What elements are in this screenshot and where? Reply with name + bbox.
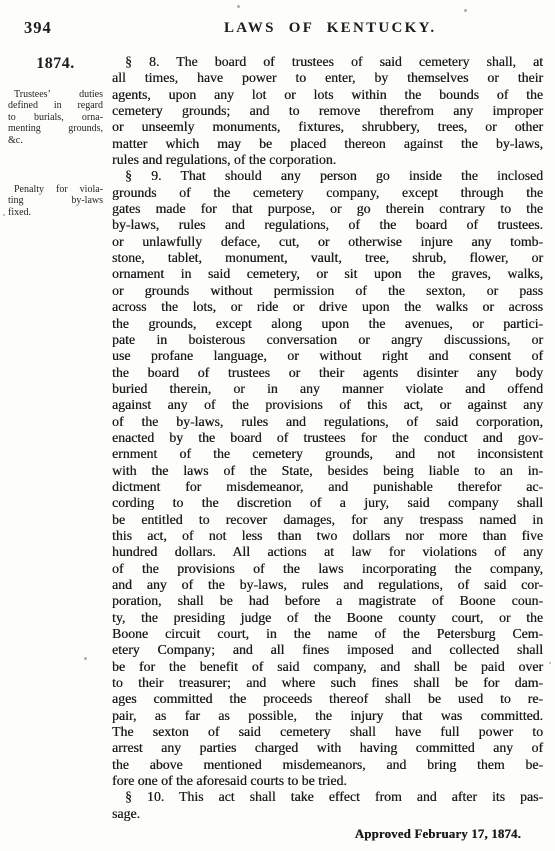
text-line: etery Company; and all fines imposed and… — [112, 642, 543, 658]
text-line: § 8. The board of trustees of said cemet… — [112, 54, 543, 70]
text-line: be entitled to recover damages, for any … — [112, 512, 543, 528]
scan-speck — [464, 9, 467, 12]
text-line: the above mentioned misdemeanors, and br… — [112, 757, 543, 773]
text-line: and any of the by-laws, rules and regula… — [112, 577, 543, 593]
text-line: buried therein, or in any manner violate… — [112, 381, 543, 397]
text-line: pair, as far as possible, the injury tha… — [112, 708, 543, 724]
margin-year-label: 1874. — [8, 55, 103, 73]
page-number: 394 — [24, 18, 52, 38]
statute-body-column: § 8. The board of trustees of said cemet… — [112, 54, 543, 843]
text-line: gates made for that purpose, or go there… — [112, 201, 543, 217]
text-line: matter which may be placed thereon again… — [112, 136, 543, 152]
text-line: use profane language, or without right a… — [112, 348, 543, 364]
text-line: to their treasurer; and where such fines… — [112, 675, 543, 691]
text-line: Boone circuit court, in the name of the … — [112, 626, 543, 642]
text-line: § 9. That should any person go inside th… — [112, 168, 543, 184]
text-line: the grounds, except along upon the avenu… — [112, 316, 543, 332]
text-line: &c. — [8, 135, 103, 146]
text-line: Trustees’ duties — [8, 89, 103, 100]
text-line: stone, tablet, monument, vault, tree, sh… — [112, 250, 543, 266]
text-line: cording to the discretion of a jury, sai… — [112, 495, 543, 511]
text-line: ages committed the proceeds thereof shal… — [112, 691, 543, 707]
text-line: or unseemly monuments, fixtures, shrubbe… — [112, 119, 543, 135]
text-line: or unlawfully deface, cut, or otherwise … — [112, 234, 543, 250]
text-line: with the laws of the State, besides bein… — [112, 463, 543, 479]
text-line: against any of the provisions of this ac… — [112, 397, 543, 413]
section-9-paragraph: § 9. That should any person go inside th… — [112, 168, 543, 789]
scan-speck — [237, 5, 240, 8]
text-line: ernment of the cemetery grounds, and not… — [112, 446, 543, 462]
text-line: hundred dollars. All actions at law for … — [112, 544, 543, 560]
text-line: The sexton of said cemetery shall have f… — [112, 724, 543, 740]
text-line: of the by-laws, rules and regulations, o… — [112, 414, 543, 430]
text-line: pate in boisterous conversation or angry… — [112, 332, 543, 348]
section-8-paragraph: § 8. The board of trustees of said cemet… — [112, 54, 543, 168]
section-10-paragraph: § 10. This act shall take effect from an… — [112, 789, 543, 822]
text-line: across the lots, or ride or drive upon t… — [112, 299, 543, 315]
text-line: menting grounds, — [8, 123, 103, 134]
text-line: this act, of not less than two dollars n… — [112, 528, 543, 544]
text-line: dictment for misdemeanor, and punishable… — [112, 479, 543, 495]
text-line: be for the benefit of said company, and … — [112, 659, 543, 675]
text-line: all times, have power to enter, by thems… — [112, 70, 543, 86]
text-line: grounds of the cemetery company, except … — [112, 185, 543, 201]
text-line: fore one of the aforesaid courts to be t… — [112, 773, 543, 789]
text-line: ting by-laws — [8, 195, 103, 206]
text-line: by-laws, rules and regulations, of the b… — [112, 217, 543, 233]
text-line: the board of trustees or their agents di… — [112, 365, 543, 381]
scanned-statute-page: 394 LAWS OF KENTUCKY. 1874. Trustees’ du… — [0, 0, 555, 851]
scan-speck — [84, 657, 87, 660]
text-line: of the provisions of the laws incorporat… — [112, 561, 543, 577]
margin-note-penalty-by-laws: Penalty for viola-ting by-lawsfixed. — [8, 184, 103, 218]
approval-date-line: Approved February 17, 1874. — [112, 826, 543, 842]
text-line: ty, the presiding judge of the Boone cou… — [112, 610, 543, 626]
text-line: agents, upon any lot or lots within the … — [112, 87, 543, 103]
running-title: LAWS OF KENTUCKY. — [224, 20, 436, 37]
text-line: arrest any parties charged with having c… — [112, 740, 543, 756]
scan-speck — [3, 214, 5, 216]
scan-speck — [549, 662, 551, 664]
text-line: poration, shall be had before a magistra… — [112, 593, 543, 609]
text-line: to burials, orna- — [8, 112, 103, 123]
text-line: § 10. This act shall take effect from an… — [112, 789, 543, 805]
text-line: rules and regulations, of the corporatio… — [112, 152, 543, 168]
text-line: cemetery grounds; and to remove therefro… — [112, 103, 543, 119]
text-line: enacted by the board of trustees for the… — [112, 430, 543, 446]
margin-note-trustees-duties: Trustees’ dutiesdefined in regardto buri… — [8, 89, 103, 146]
text-line: sage. — [112, 806, 543, 822]
text-line: or grounds without permission of the sex… — [112, 283, 543, 299]
text-line: fixed. — [8, 207, 103, 218]
text-line: ornament in said cemetery, or sit upon t… — [112, 266, 543, 282]
text-line: Penalty for viola- — [8, 184, 103, 195]
text-line: defined in regard — [8, 100, 103, 111]
